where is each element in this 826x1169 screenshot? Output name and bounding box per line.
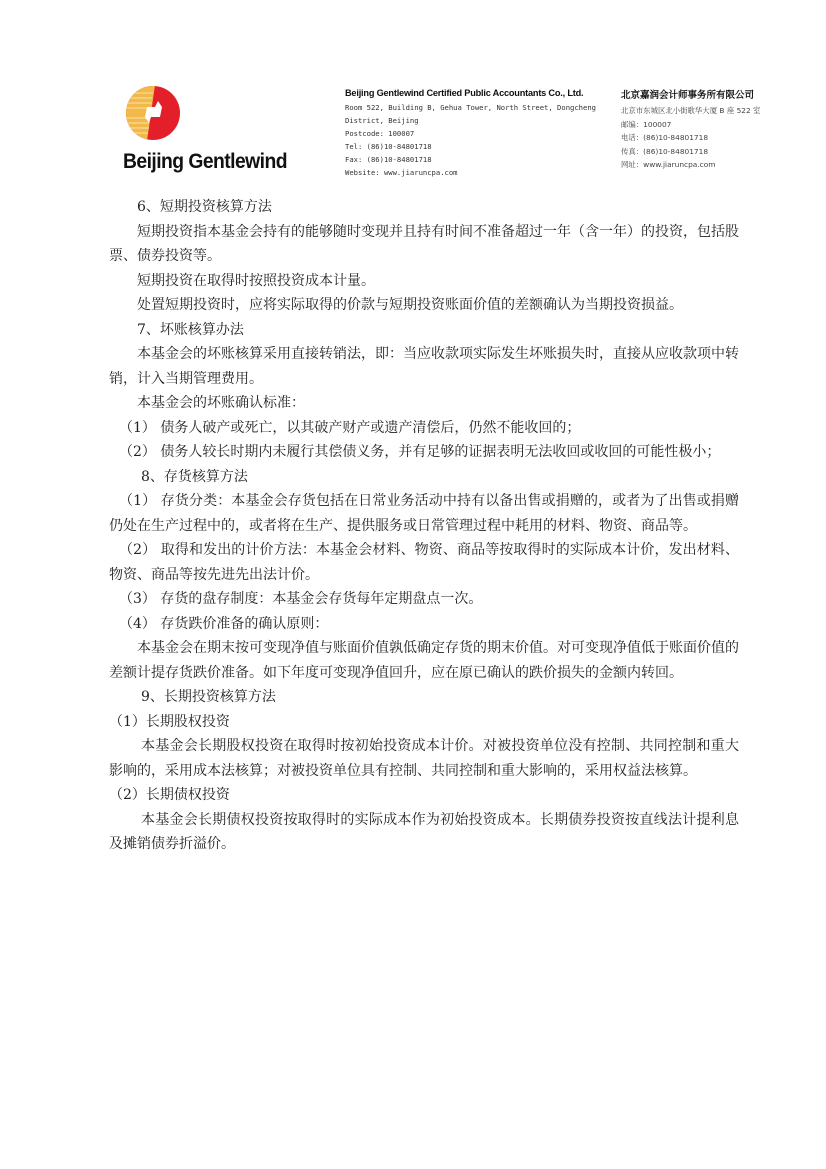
section-heading-7: 7、坏账核算办法 [109, 318, 739, 343]
paragraph: 本基金会的坏账确认标准： [109, 391, 739, 416]
postcode-cn: 邮编：100007 [621, 118, 801, 132]
tel-cn: 电话：(86)10-84801718 [621, 131, 801, 145]
fax-en: Fax: (86)10-84801718 [345, 153, 605, 166]
paragraph: 本基金会长期股权投资在取得时按初始投资成本计价。对被投资单位没有控制、共同控制和… [109, 734, 739, 783]
section-heading-6: 6、短期投资核算方法 [109, 195, 739, 220]
list-item: （1） 存货分类：本基金会存货包括在日常业务活动中持有以备出售或捐赠的，或者为了… [109, 489, 739, 538]
fax-cn: 传真：(86)10-84801718 [621, 145, 801, 159]
document-body: 6、短期投资核算方法 短期投资指本基金会持有的能够随时变现并且持有时间不准备超过… [109, 195, 739, 857]
section-heading-9: 9、长期投资核算方法 [109, 685, 739, 710]
paragraph: 短期投资指本基金会持有的能够随时变现并且持有时间不准备超过一年（含一年）的投资，… [109, 220, 739, 269]
postcode-en: Postcode: 100007 [345, 127, 605, 140]
company-name-cn: 北京嘉润会计师事务所有限公司 [621, 87, 801, 101]
list-item: （1） 债务人破产或死亡，以其破产财产或遗产清偿后，仍然不能收回的； [109, 416, 739, 441]
website-en: Website: www.jiaruncpa.com [345, 166, 605, 179]
paragraph: 本基金会在期末按可变现净值与账面价值孰低确定存货的期末价值。对可变现净值低于账面… [109, 636, 739, 685]
address-line-1: Room 522, Building B, Gehua Tower, North… [345, 101, 605, 114]
address-cn: 北京市东城区北小街歌华大厦 B 座 522 室 [621, 104, 801, 118]
list-item: （3） 存货的盘存制度：本基金会存货每年定期盘点一次。 [109, 587, 739, 612]
list-item: （2） 取得和发出的计价方法：本基金会材料、物资、商品等按取得时的实际成本计价，… [109, 538, 739, 587]
paragraph: 本基金会的坏账核算采用直接转销法，即：当应收款项实际发生坏账损失时，直接从应收款… [109, 342, 739, 391]
letterhead: Beijing Gentlewind Beijing Gentlewind Ce… [0, 0, 826, 190]
paragraph: 短期投资在取得时按照投资成本计量。 [109, 269, 739, 294]
list-item: （4） 存货跌价准备的确认原则： [109, 612, 739, 637]
company-logo-icon [125, 85, 181, 141]
address-line-2: District, Beijing [345, 114, 605, 127]
list-item: （2） 债务人较长时期内未履行其偿债义务，并有足够的证据表明无法收回或收回的可能… [109, 440, 739, 465]
tel-en: Tel: (86)10-84801718 [345, 140, 605, 153]
subsection-heading: （1）长期股权投资 [109, 710, 739, 735]
subsection-heading: （2）长期债权投资 [109, 783, 739, 808]
paragraph: 处置短期投资时，应将实际取得的价款与短期投资账面价值的差额确认为当期投资损益。 [109, 293, 739, 318]
chinese-contact-block: 北京嘉润会计师事务所有限公司 北京市东城区北小街歌华大厦 B 座 522 室 邮… [621, 87, 801, 172]
company-name-en: Beijing Gentlewind Certified Public Acco… [345, 88, 605, 98]
english-contact-block: Beijing Gentlewind Certified Public Acco… [345, 88, 605, 179]
paragraph: 本基金会长期债权投资按取得时的实际成本作为初始投资成本。长期债券投资按直线法计提… [109, 808, 739, 857]
logo-wordmark: Beijing Gentlewind [123, 150, 287, 174]
website-cn: 网址：www.jiaruncpa.com [621, 158, 801, 172]
section-heading-8: 8、存货核算方法 [109, 465, 739, 490]
